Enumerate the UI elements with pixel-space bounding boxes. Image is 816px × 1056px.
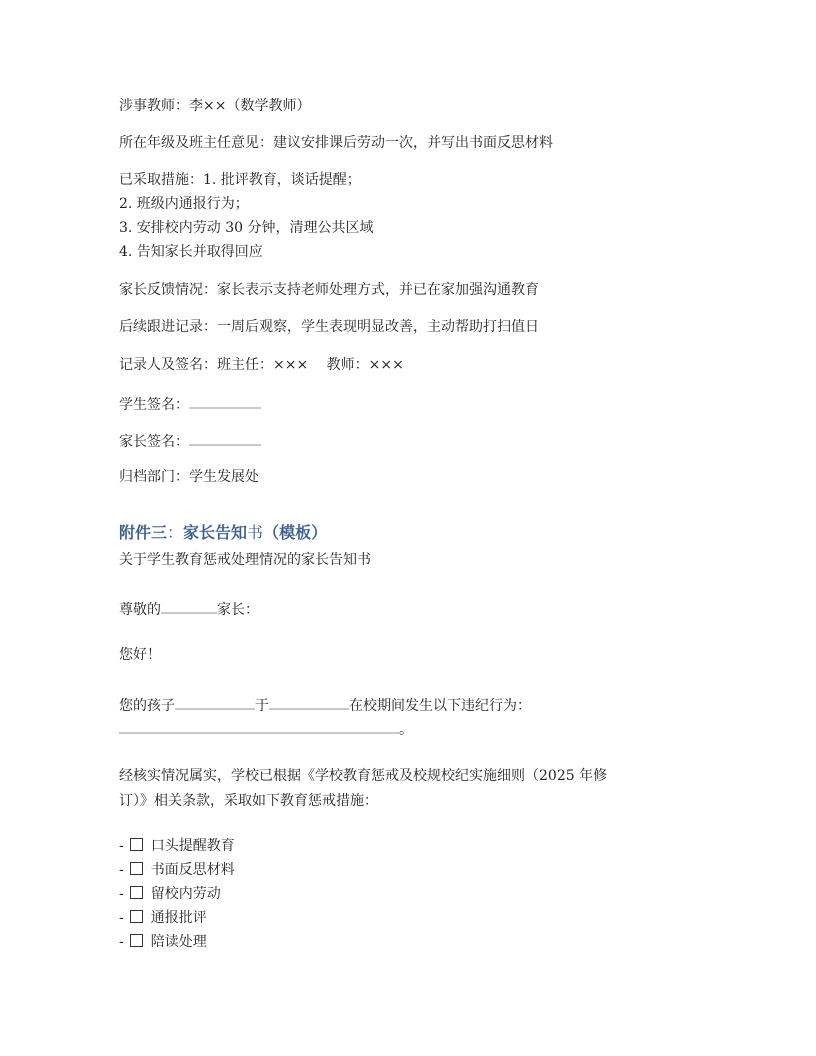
child-name-blank[interactable] xyxy=(175,694,255,710)
measure-item: 2. 班级内通报行为； xyxy=(119,196,249,212)
measures-label: 已采取措施： xyxy=(119,172,203,188)
bullet: - xyxy=(119,910,124,926)
followup-value: 一周后观察，学生表现明显改善，主动帮助打扫值日 xyxy=(217,319,539,335)
student-sign-label: 学生签名： xyxy=(119,397,189,413)
child-prefix: 您的孩子 xyxy=(119,698,175,714)
feedback-line: 家长反馈情况：家长表示支持老师处理方式，并已在家加强沟通教育 xyxy=(119,280,539,300)
violation-line: 您的孩子于在校期间发生以下违纪行为： xyxy=(119,694,531,714)
followup-line: 后续跟进记录：一周后观察，学生表现明显改善，主动帮助打扫值日 xyxy=(119,317,539,337)
teacher-line: 涉事教师：李××（数学教师） xyxy=(119,96,310,116)
teacher-value: 李××（数学教师） xyxy=(189,98,310,114)
recorder-value: 班主任：××× 教师：××× xyxy=(217,357,404,373)
heading-part-light: 书 xyxy=(247,523,263,542)
parent-name-blank[interactable] xyxy=(161,598,217,614)
period: 。 xyxy=(399,722,413,738)
child-suffix: 在校期间发生以下违纪行为： xyxy=(349,698,531,714)
measure-item: 3. 安排校内劳动 30 分钟，清理公共区域 xyxy=(119,220,374,236)
opinion-label: 所在年级及班主任意见： xyxy=(119,135,273,151)
heading-part: 附件三 xyxy=(119,523,167,542)
salutation-line: 尊敬的家长： xyxy=(119,598,259,618)
checkbox-icon[interactable] xyxy=(130,886,143,899)
bullet: - xyxy=(119,862,124,878)
checklist-item[interactable]: -留校内劳动 xyxy=(119,884,221,904)
measure-item: 4. 告知家长并取得回应 xyxy=(119,244,263,260)
feedback-label: 家长反馈情况： xyxy=(119,282,217,298)
checklist-item[interactable]: -书面反思材料 xyxy=(119,860,235,880)
checklist-label: 陪读处理 xyxy=(151,934,207,950)
parent-sign-label: 家长签名： xyxy=(119,434,189,450)
checkbox-icon[interactable] xyxy=(130,934,143,947)
checklist-item[interactable]: -陪读处理 xyxy=(119,932,207,952)
measures-line-2: 2. 班级内通报行为； xyxy=(119,194,249,214)
heading-colon: ： xyxy=(167,523,183,542)
archive-line: 归档部门：学生发展处 xyxy=(119,467,259,487)
opinion-value: 建议安排课后劳动一次，并写出书面反思材料 xyxy=(273,135,553,151)
parent-sign-blank[interactable] xyxy=(189,430,261,446)
bullet: - xyxy=(119,838,124,854)
student-sign-blank[interactable] xyxy=(189,393,261,409)
checklist-label: 口头提醒教育 xyxy=(151,838,235,854)
document-page: 涉事教师：李××（数学教师） 所在年级及班主任意见：建议安排课后劳动一次，并写出… xyxy=(0,0,816,1056)
teacher-label: 涉事教师： xyxy=(119,98,189,114)
measures-line-3: 3. 安排校内劳动 30 分钟，清理公共区域 xyxy=(119,218,374,238)
archive-value: 学生发展处 xyxy=(189,469,259,485)
checklist-label: 通报批评 xyxy=(151,910,207,926)
salutation-suffix: 家长： xyxy=(217,602,259,618)
parent-sign-line: 家长签名： xyxy=(119,430,261,450)
checkbox-icon[interactable] xyxy=(130,838,143,851)
bullet: - xyxy=(119,886,124,902)
student-sign-line: 学生签名： xyxy=(119,393,261,413)
basis-line-1: 经核实情况属实，学校已根据《学校教育惩戒及校规校纪实施细则（2025 年修 xyxy=(119,766,607,786)
child-mid: 于 xyxy=(255,698,269,714)
checkbox-icon[interactable] xyxy=(130,910,143,923)
checklist-item[interactable]: -口头提醒教育 xyxy=(119,836,235,856)
appendix-heading: 附件三：家长告知书（模板） xyxy=(119,522,327,544)
violation-detail-blank[interactable] xyxy=(119,718,399,734)
checklist-label: 留校内劳动 xyxy=(151,886,221,902)
date-blank[interactable] xyxy=(269,694,349,710)
checklist-label: 书面反思材料 xyxy=(151,862,235,878)
archive-label: 归档部门： xyxy=(119,469,189,485)
checkbox-icon[interactable] xyxy=(130,862,143,875)
salutation-prefix: 尊敬的 xyxy=(119,602,161,618)
heading-part: 家长告知 xyxy=(183,523,247,542)
checklist-item[interactable]: -通报批评 xyxy=(119,908,207,928)
recorder-line: 记录人及签名：班主任：××× 教师：××× xyxy=(119,355,404,375)
greeting-line: 您好！ xyxy=(119,645,161,665)
violation-detail-line: 。 xyxy=(119,718,413,738)
measure-item: 1. 批评教育，谈话提醒； xyxy=(203,172,361,188)
measures-line-4: 4. 告知家长并取得回应 xyxy=(119,242,263,262)
measures-line-1: 已采取措施：1. 批评教育，谈话提醒； xyxy=(119,170,361,190)
heading-part: （模板） xyxy=(263,523,327,542)
followup-label: 后续跟进记录： xyxy=(119,319,217,335)
feedback-value: 家长表示支持老师处理方式，并已在家加强沟通教育 xyxy=(217,282,539,298)
appendix-subtitle: 关于学生教育惩戒处理情况的家长告知书 xyxy=(119,550,371,570)
opinion-line: 所在年级及班主任意见：建议安排课后劳动一次，并写出书面反思材料 xyxy=(119,133,553,153)
bullet: - xyxy=(119,934,124,950)
basis-line-2: 订）》相关条款，采取如下教育惩戒措施： xyxy=(119,791,378,811)
recorder-label: 记录人及签名： xyxy=(119,357,217,373)
